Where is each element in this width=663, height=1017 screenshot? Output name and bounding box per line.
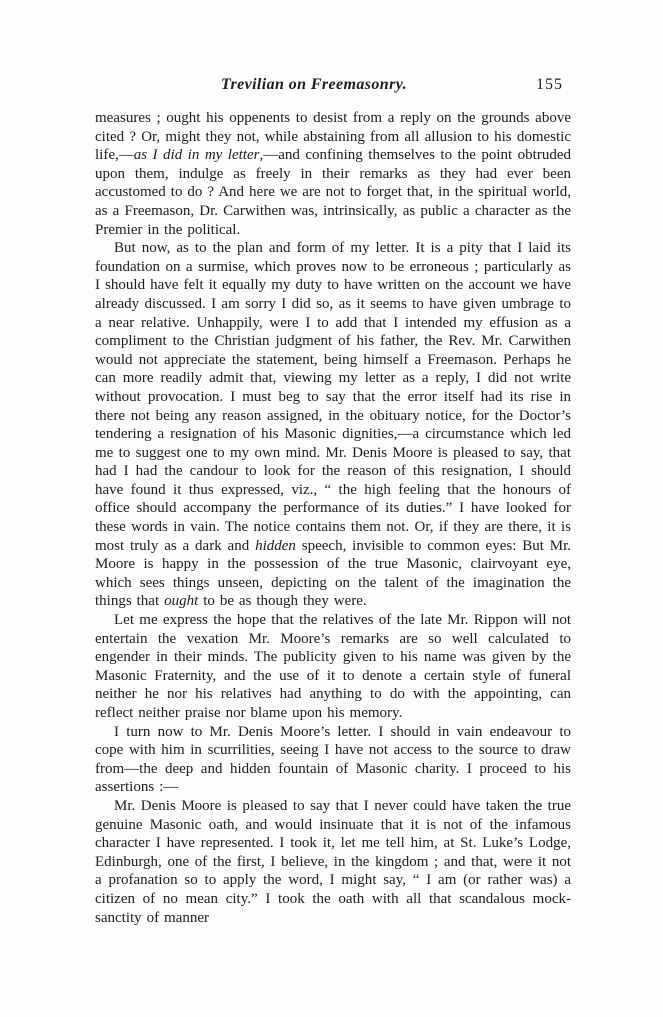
scanned-book-page: Trevilian on Freemasonry. 155 measures ;… xyxy=(0,0,663,1017)
text-run: I turn now to Mr. Denis Moore’s letter. … xyxy=(95,724,571,796)
text-run: Let me express the hope that the relativ… xyxy=(95,612,571,721)
paragraph: But now, as to the plan and form of my l… xyxy=(95,239,571,611)
text-run: But now, as to the plan and form of my l… xyxy=(95,240,571,554)
italic-text-run: hidden xyxy=(255,538,296,554)
paragraph: Mr. Denis Moore is pleased to say that I… xyxy=(95,797,571,927)
italic-text-run: ought xyxy=(164,593,198,609)
text-run: Mr. Denis Moore is pleased to say that I… xyxy=(95,798,571,926)
page-content: Trevilian on Freemasonry. 155 measures ;… xyxy=(95,76,571,927)
page-title: Trevilian on Freemasonry. xyxy=(221,76,407,94)
page-number: 155 xyxy=(536,76,563,94)
paragraph: Let me express the hope that the relativ… xyxy=(95,611,571,723)
body-text: measures ; ought his oppenents to desist… xyxy=(95,109,571,927)
paragraph: measures ; ought his oppenents to desist… xyxy=(95,109,571,239)
text-run: to be as though they were. xyxy=(198,593,366,609)
running-header: Trevilian on Freemasonry. 155 xyxy=(95,76,571,98)
italic-text-run: as I did in my letter xyxy=(134,147,260,163)
paragraph: I turn now to Mr. Denis Moore’s letter. … xyxy=(95,723,571,797)
